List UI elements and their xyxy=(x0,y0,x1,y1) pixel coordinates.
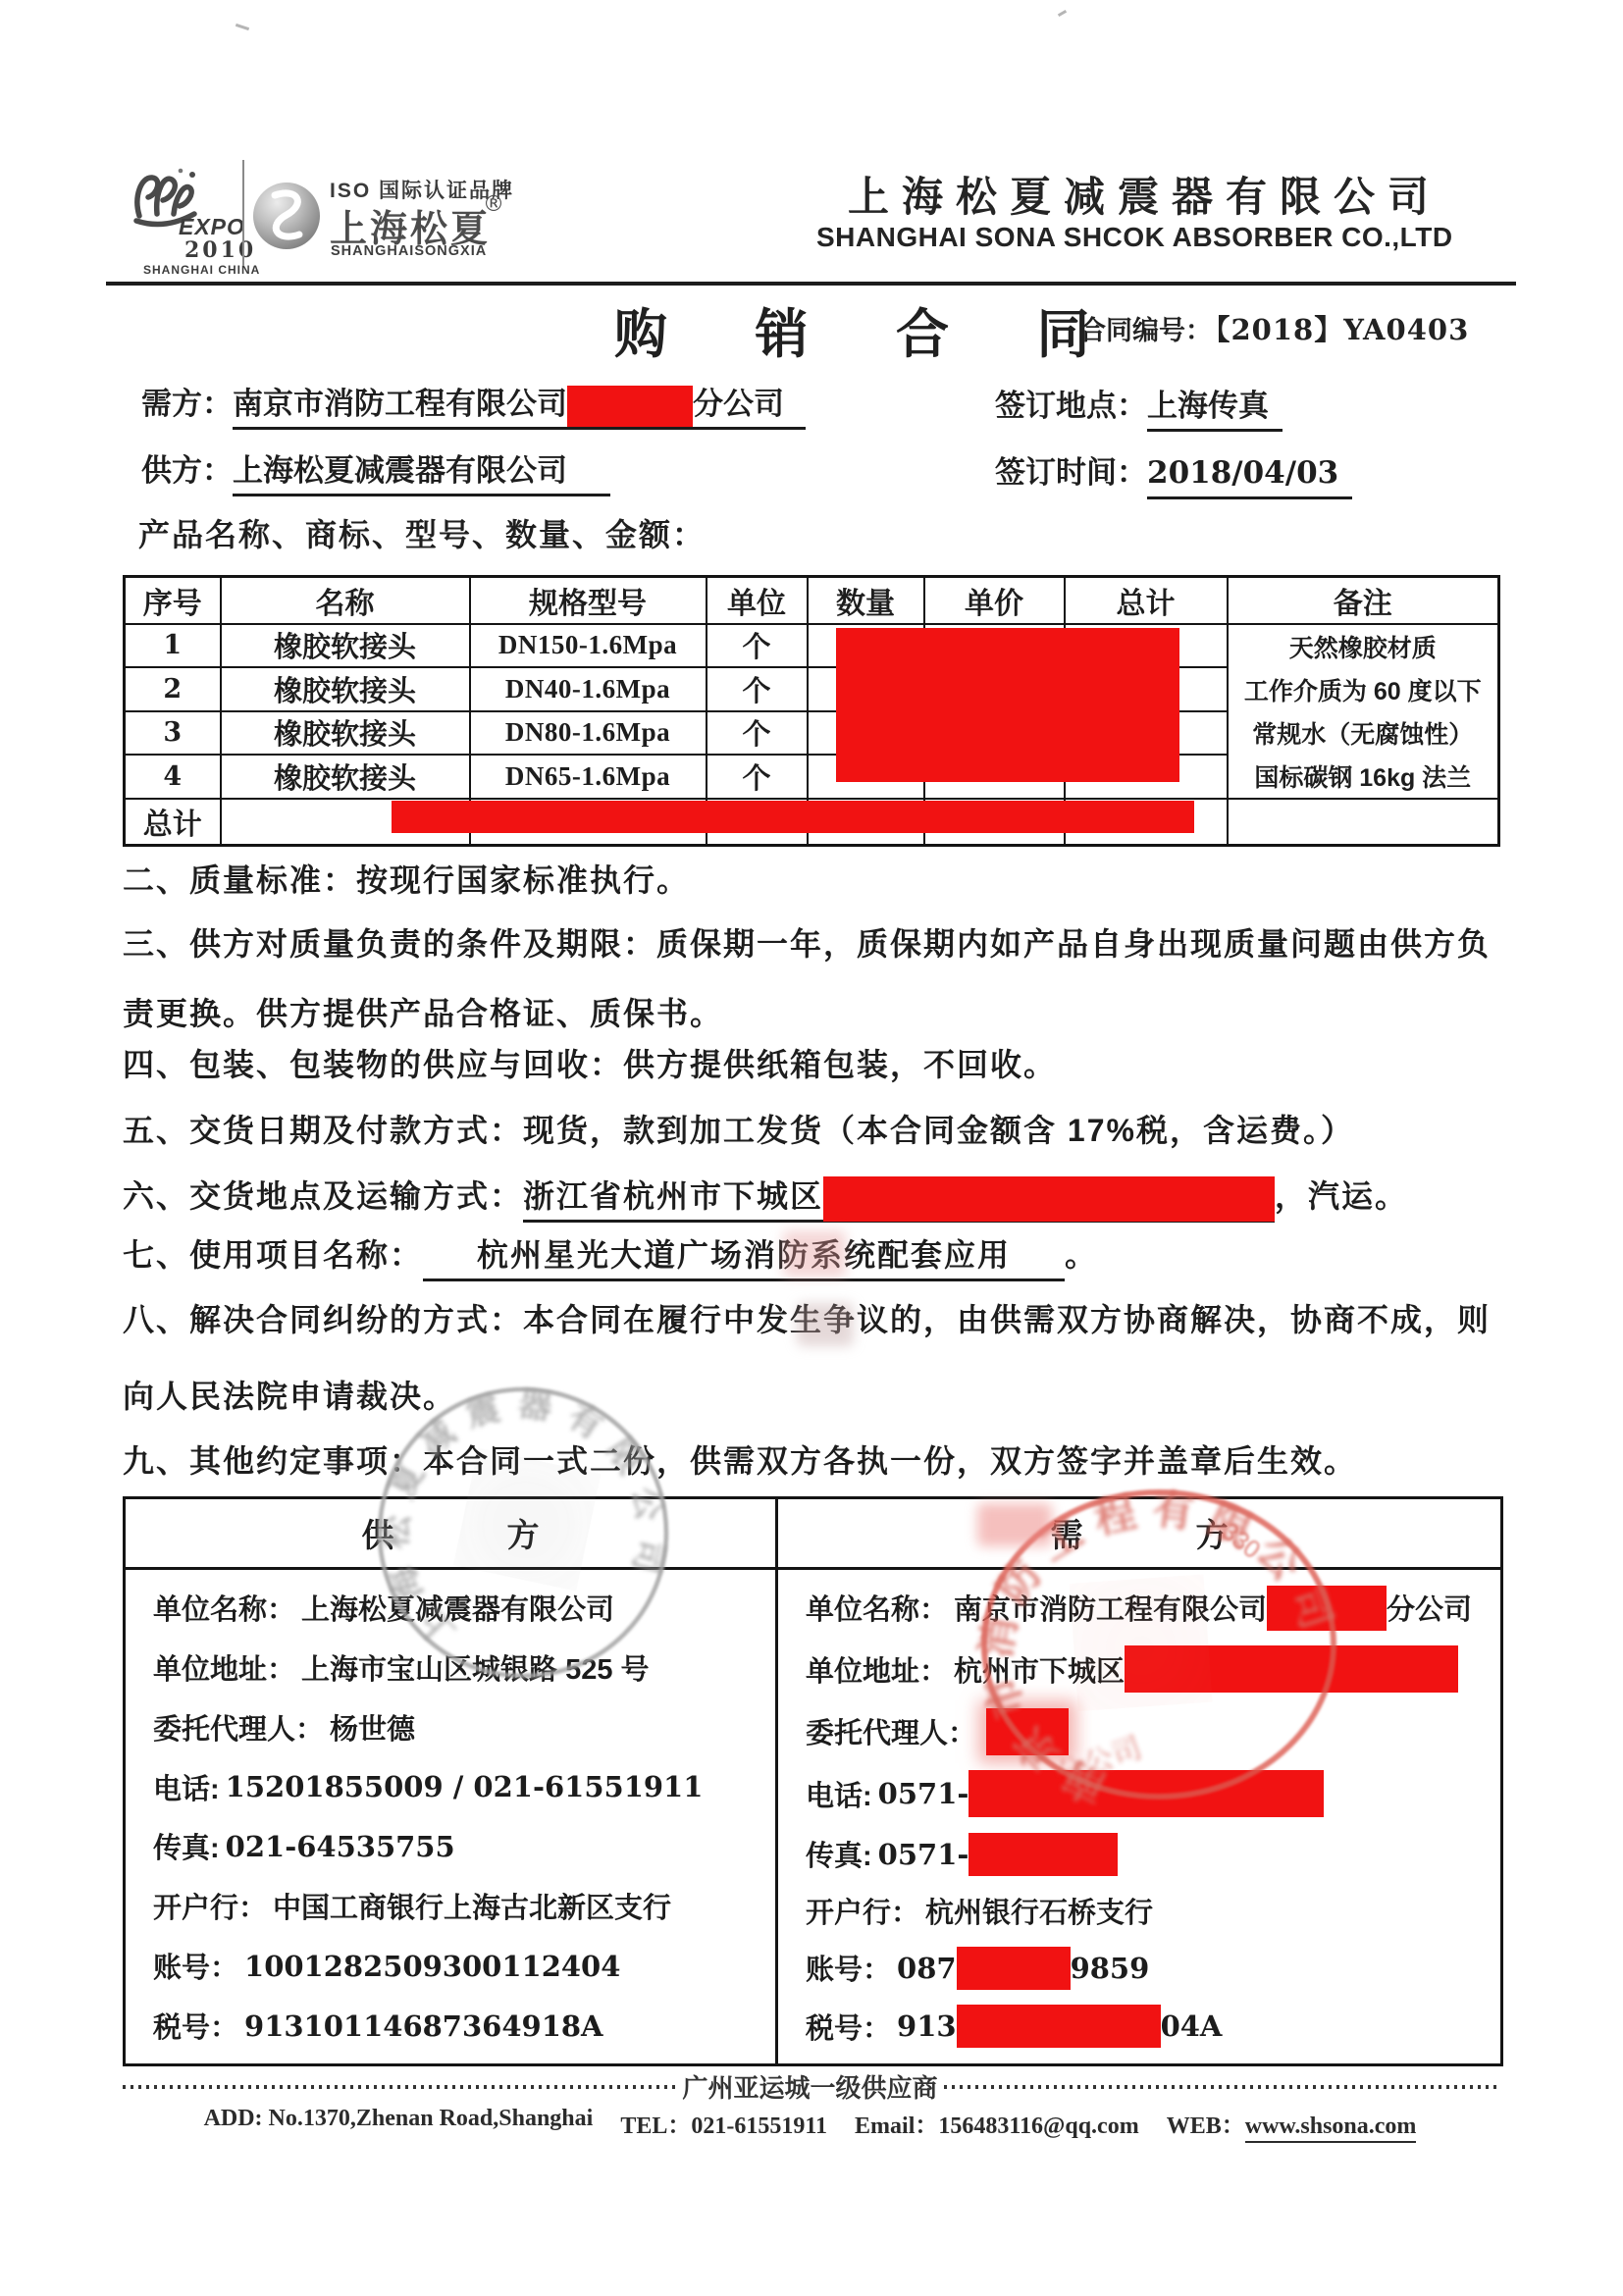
redaction-block xyxy=(1125,1645,1458,1693)
term7-suffix: 。 xyxy=(1065,1237,1098,1273)
cell-no: 3 xyxy=(125,711,221,756)
dotted-rule xyxy=(123,2085,677,2089)
term-warranty-2: 责更换。供方提供产品合格证、质保书。 xyxy=(123,989,723,1034)
col-header-unit: 单位 xyxy=(707,577,808,624)
redaction-block xyxy=(567,386,693,427)
cell-unit: 个 xyxy=(707,711,808,756)
supplier-name: 上海松夏减震器有限公司 xyxy=(233,453,610,496)
signatures-table: 供方 需方 单位名称：上海松夏减震器有限公司 单位地址：上海市宝山区城银路 52… xyxy=(123,1496,1503,2066)
remark-line: 国标碳钢 16kg 法兰 xyxy=(1229,758,1498,794)
term-warranty-1: 三、供方对质量负责的条件及期限：质保期一年，质保期内如产品自身出现质量问题由供方… xyxy=(123,919,1491,965)
header-rule xyxy=(106,282,1516,286)
term6-label: 六、交货地点及运输方式： xyxy=(123,1178,523,1214)
redaction-block xyxy=(969,1770,1324,1817)
buyer-bank: 开户行：杭州银行石桥支行 xyxy=(806,1891,1496,1931)
registered-mark-icon: ® xyxy=(483,192,504,217)
col-header-total: 总计 xyxy=(1065,577,1228,624)
redaction-block xyxy=(986,1708,1069,1755)
company-name-cn: 上海松夏减震器有限公司 xyxy=(848,165,1441,224)
buyer-phone: 电话:0571- xyxy=(806,1770,1496,1817)
cell-name: 橡胶软接头 xyxy=(221,711,470,756)
sign-time-line: 签订时间：2018/04/03 xyxy=(995,447,1352,492)
term7-value: 杭州星光大道广场消防系统配套应用 xyxy=(477,1237,1011,1273)
buyer-fax: 传真:0571- xyxy=(806,1833,1496,1876)
sign-time-label: 签订时间： xyxy=(995,455,1147,490)
contract-document-page: EXPO 2010 SHANGHAI CHINA ISO 国际认证品牌 上海松夏… xyxy=(0,0,1623,2296)
supplier-column: 单位名称：上海松夏减震器有限公司 单位地址：上海市宝山区城银路 525 号 委托… xyxy=(126,1570,778,2063)
scan-smudge xyxy=(783,1230,846,1278)
redaction-block xyxy=(392,801,1194,833)
col-header-remark: 备注 xyxy=(1228,577,1499,624)
col-header-qty: 数量 xyxy=(808,577,924,624)
redaction-block xyxy=(1267,1586,1387,1631)
scan-smudge xyxy=(977,1503,1052,1546)
supplier-unit-name: 单位名称：上海松夏减震器有限公司 xyxy=(153,1588,771,1628)
buyer-name: 南京市消防工程有限公司 xyxy=(233,387,567,421)
scan-speck xyxy=(1058,10,1067,17)
col-header-price: 单价 xyxy=(924,577,1065,624)
cell-spec: DN150-1.6Mpa xyxy=(470,624,707,668)
contract-number-label: 合同编号： xyxy=(1079,316,1212,345)
redaction-block xyxy=(957,2005,1161,2048)
supplier-line: 供方：上海松夏减震器有限公司 xyxy=(141,445,610,490)
redaction-block xyxy=(836,628,1179,782)
cell-unit: 个 xyxy=(707,755,808,799)
redaction-block xyxy=(969,1833,1118,1876)
buyer-header: 需方 xyxy=(778,1499,1500,1567)
header-divider xyxy=(242,160,244,266)
cell-name: 橡胶软接头 xyxy=(221,755,470,799)
term7-label: 七、使用项目名称： xyxy=(123,1237,423,1273)
sign-place-value: 上海传真 xyxy=(1147,389,1283,432)
supplier-tax-no: 税号：91310114687364918A xyxy=(153,2006,771,2046)
term6-value: 浙江省杭州市下城区 xyxy=(523,1178,823,1214)
expo-logo-year: 2010 xyxy=(184,237,256,263)
cell-no: 1 xyxy=(125,624,221,668)
website-link: www.shsona.com xyxy=(1245,2113,1417,2143)
term-quality: 二、质量标准：按现行国家标准执行。 xyxy=(123,856,690,901)
term6-suffix: ，汽运。 xyxy=(1275,1178,1408,1214)
brand-name-en: SHANGHAISONGXIA xyxy=(331,243,487,259)
buyer-agent: 委托代理人： xyxy=(806,1708,1496,1755)
buyer-unit-name: 单位名称：南京市消防工程有限公司分公司 xyxy=(806,1586,1496,1631)
buyer-tax-no: 税号：91304A xyxy=(806,2005,1496,2048)
supplier-header: 供方 xyxy=(126,1499,778,1567)
cell-spec: DN40-1.6Mpa xyxy=(470,667,707,711)
col-header-no: 序号 xyxy=(125,577,221,624)
footer-banner-text: 广州亚运城一级供应商 xyxy=(683,2068,938,2105)
cell-spec: DN80-1.6Mpa xyxy=(470,711,707,756)
contract-number-value: 【2018】YA0403 xyxy=(1216,313,1469,346)
redaction-block xyxy=(823,1176,1275,1222)
cell-name: 橡胶软接头 xyxy=(221,667,470,711)
supplier-label: 供方： xyxy=(141,453,233,488)
footer-tel: TEL：021-61551911 xyxy=(620,2106,827,2140)
supplier-bank: 开户行：中国工商银行上海古北新区支行 xyxy=(153,1886,771,1926)
cell-name: 橡胶软接头 xyxy=(221,624,470,668)
document-title: 购 销 合 同 xyxy=(614,292,1127,368)
table-row: 1 橡胶软接头 DN150-1.6Mpa 个 天然橡胶材质 工作介质为 60 度… xyxy=(125,624,1499,668)
footer-address: ADD: No.1370,Zhenan Road,Shanghai xyxy=(204,2106,594,2140)
products-intro: 产品名称、商标、型号、数量、金额： xyxy=(138,510,706,555)
col-header-name: 名称 xyxy=(221,577,470,624)
supplier-account: 账号：1001282509300112404 xyxy=(153,1946,771,1986)
buyer-label: 需方： xyxy=(141,387,233,421)
term-other: 九、其他约定事项：本合同一式二份，供需双方各执一份，双方签字并盖章后生效。 xyxy=(123,1436,1357,1482)
dotted-rule xyxy=(944,2085,1498,2089)
supplier-fax: 传真:021-64535755 xyxy=(153,1826,771,1866)
remark-line: 常规水（无腐蚀性） xyxy=(1229,715,1498,751)
cell-unit: 个 xyxy=(707,667,808,711)
cell-no: 4 xyxy=(125,755,221,799)
table-header-row: 序号 名称 规格型号 单位 数量 单价 总计 备注 xyxy=(125,577,1499,624)
term-project-name: 七、使用项目名称：杭州星光大道广场消防系统配套应用。 xyxy=(123,1230,1098,1276)
cell-remarks: 天然橡胶材质 工作介质为 60 度以下 常规水（无腐蚀性） 国标碳钢 16kg … xyxy=(1228,624,1499,799)
term-packaging: 四、包装、包装物的供应与回收：供方提供纸箱包装，不回收。 xyxy=(123,1040,1057,1085)
term-dispute-2: 向人民法院申请裁决。 xyxy=(123,1372,456,1417)
contract-number-line: 合同编号：【2018】YA0403 xyxy=(1079,308,1469,348)
expo-logo-word: EXPO xyxy=(179,214,245,240)
sign-time-value: 2018/04/03 xyxy=(1147,455,1352,499)
songxia-globe-icon xyxy=(253,183,320,249)
cell-no: 2 xyxy=(125,667,221,711)
sign-place-line: 签订地点：上海传真 xyxy=(995,381,1283,425)
remark-line: 天然橡胶材质 xyxy=(1229,629,1498,664)
buyer-line: 需方：南京市消防工程有限公司分公司 xyxy=(141,379,806,427)
scan-speck xyxy=(236,24,249,30)
buyer-column: 单位名称：南京市消防工程有限公司分公司 单位地址：杭州市下城区 委托代理人： 电… xyxy=(778,1570,1500,2063)
col-header-spec: 规格型号 xyxy=(470,577,707,624)
footer-email: Email：156483116@qq.com xyxy=(855,2106,1139,2140)
footer-banner: 广州亚运城一级供应商 xyxy=(123,2068,1497,2105)
cell-spec: DN65-1.6Mpa xyxy=(470,755,707,799)
total-label: 总计 xyxy=(125,799,221,846)
term-delivery-pay: 五、交货日期及付款方式：现货，款到加工发货（本合同金额含 17%税，含运费。） xyxy=(123,1106,1354,1151)
supplier-phone: 电话:15201855009 / 021-61551911 xyxy=(153,1767,771,1807)
redaction-block xyxy=(957,1947,1071,1990)
buyer-account: 账号：0879859 xyxy=(806,1947,1496,1990)
footer-web: WEB：www.shsona.com xyxy=(1167,2106,1417,2140)
supplier-agent: 委托代理人：杨世德 xyxy=(153,1707,771,1748)
remark-line: 工作介质为 60 度以下 xyxy=(1229,672,1498,707)
footer-contact-line: ADD: No.1370,Zhenan Road,Shanghai TEL：02… xyxy=(123,2106,1497,2140)
supplier-unit-address: 单位地址：上海市宝山区城银路 525 号 xyxy=(153,1647,771,1688)
cell-unit: 个 xyxy=(707,624,808,668)
company-name-en: SHANGHAI SONA SHCOK ABSORBER CO.,LTD xyxy=(816,222,1453,253)
term-delivery-place: 六、交货地点及运输方式：浙江省杭州市下城区，汽运。 xyxy=(123,1172,1408,1222)
scan-smudge xyxy=(797,1303,854,1346)
buyer-unit-address: 单位地址：杭州市下城区 xyxy=(806,1645,1496,1693)
buyer-branch: 分公司 xyxy=(693,387,784,421)
sign-place-label: 签订地点： xyxy=(995,389,1147,423)
